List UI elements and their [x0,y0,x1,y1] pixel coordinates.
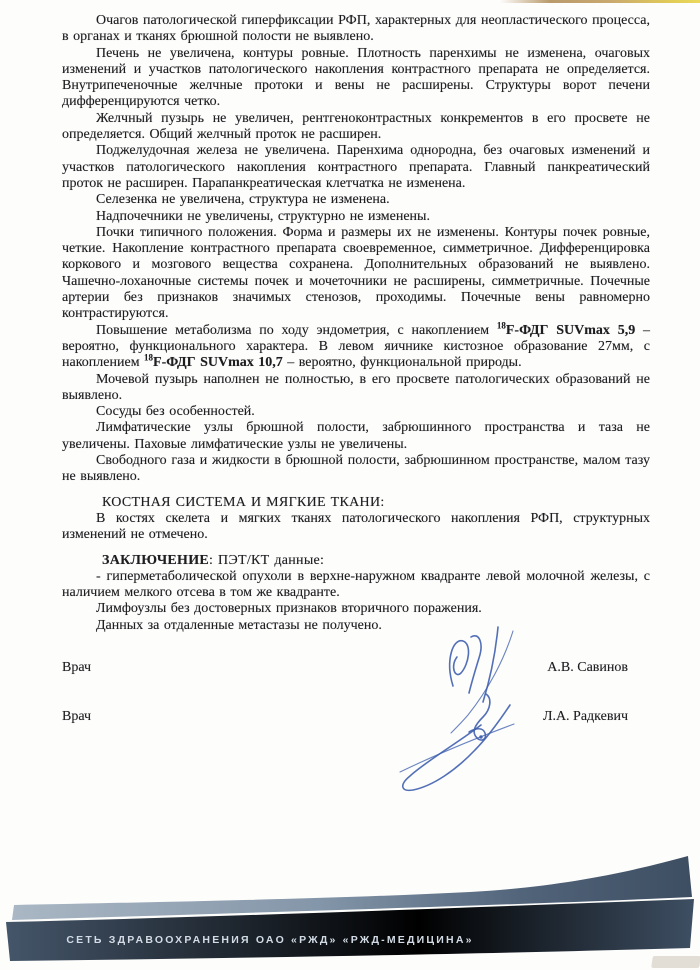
report-paragraph: Надпочечники не увеличены, структурно не… [62,209,650,225]
report-paragraph: - гиперметаболической опухоли в верхне-н… [62,569,650,602]
signature-row: Врач Л.А. Радкевич [62,709,628,725]
report-paragraph: Очагов патологической гиперфиксации РФП,… [62,13,650,46]
report-paragraph: Свободного газа и жидкости в брюшной пол… [62,453,650,486]
document-body: Очагов патологической гиперфиксации РФП,… [62,13,650,634]
report-paragraph: Желчный пузырь не увеличен, рентгеноконт… [62,111,650,144]
report-paragraph: Лимфоузлы без достоверных признаков втор… [62,601,650,617]
report-paragraph: Лимфатические узлы брюшной полости, забр… [62,420,650,453]
report-paragraph: Повышение метаболизма по ходу эндометрия… [62,323,650,372]
report-paragraph: Почки типичного положения. Форма и разме… [62,225,650,323]
report-paragraph: Селезенка не увеличена, структура не изм… [62,192,650,208]
report-paragraph: Мочевой пузырь наполнен не полностью, в … [62,372,650,405]
report-paragraph: Печень не увеличена, контуры ровные. Пло… [62,46,650,111]
handwritten-signature-ink [395,620,525,795]
scan-artifact-bottom-right [651,956,700,968]
doctor-role-label: Врач [62,709,91,725]
signature-row: Врач А.В. Савинов [62,660,628,676]
banner-text: СЕТЬ ЗДРАВООХРАНЕНИЯ ОАО «РЖД» «РЖД-МЕДИ… [66,934,473,946]
report-paragraph: Данных за отдаленные метастазы не получе… [62,618,650,634]
scanned-medical-report-page: Очагов патологической гиперфиксации РФП,… [0,0,700,970]
section-heading: ЗАКЛЮЧЕНИЕ: ПЭТ/КТ данные: [62,553,650,569]
scan-edge-artifact-top [500,0,700,3]
section-heading: КОСТНАЯ СИСТЕМА И МЯГКИЕ ТКАНИ: [62,495,650,511]
report-paragraph: Поджелудочная железа не увеличена. Парен… [62,143,650,192]
doctor-name: А.В. Савинов [547,660,628,676]
report-paragraph: Сосуды без особенностей. [62,404,650,420]
doctor-role-label: Врач [62,660,91,676]
footer-banner: СЕТЬ ЗДРАВООХРАНЕНИЯ ОАО «РЖД» «РЖД-МЕДИ… [0,835,700,970]
doctor-name: Л.А. Радкевич [543,709,628,725]
report-paragraph: В костях скелета и мягких тканях патолог… [62,511,650,544]
